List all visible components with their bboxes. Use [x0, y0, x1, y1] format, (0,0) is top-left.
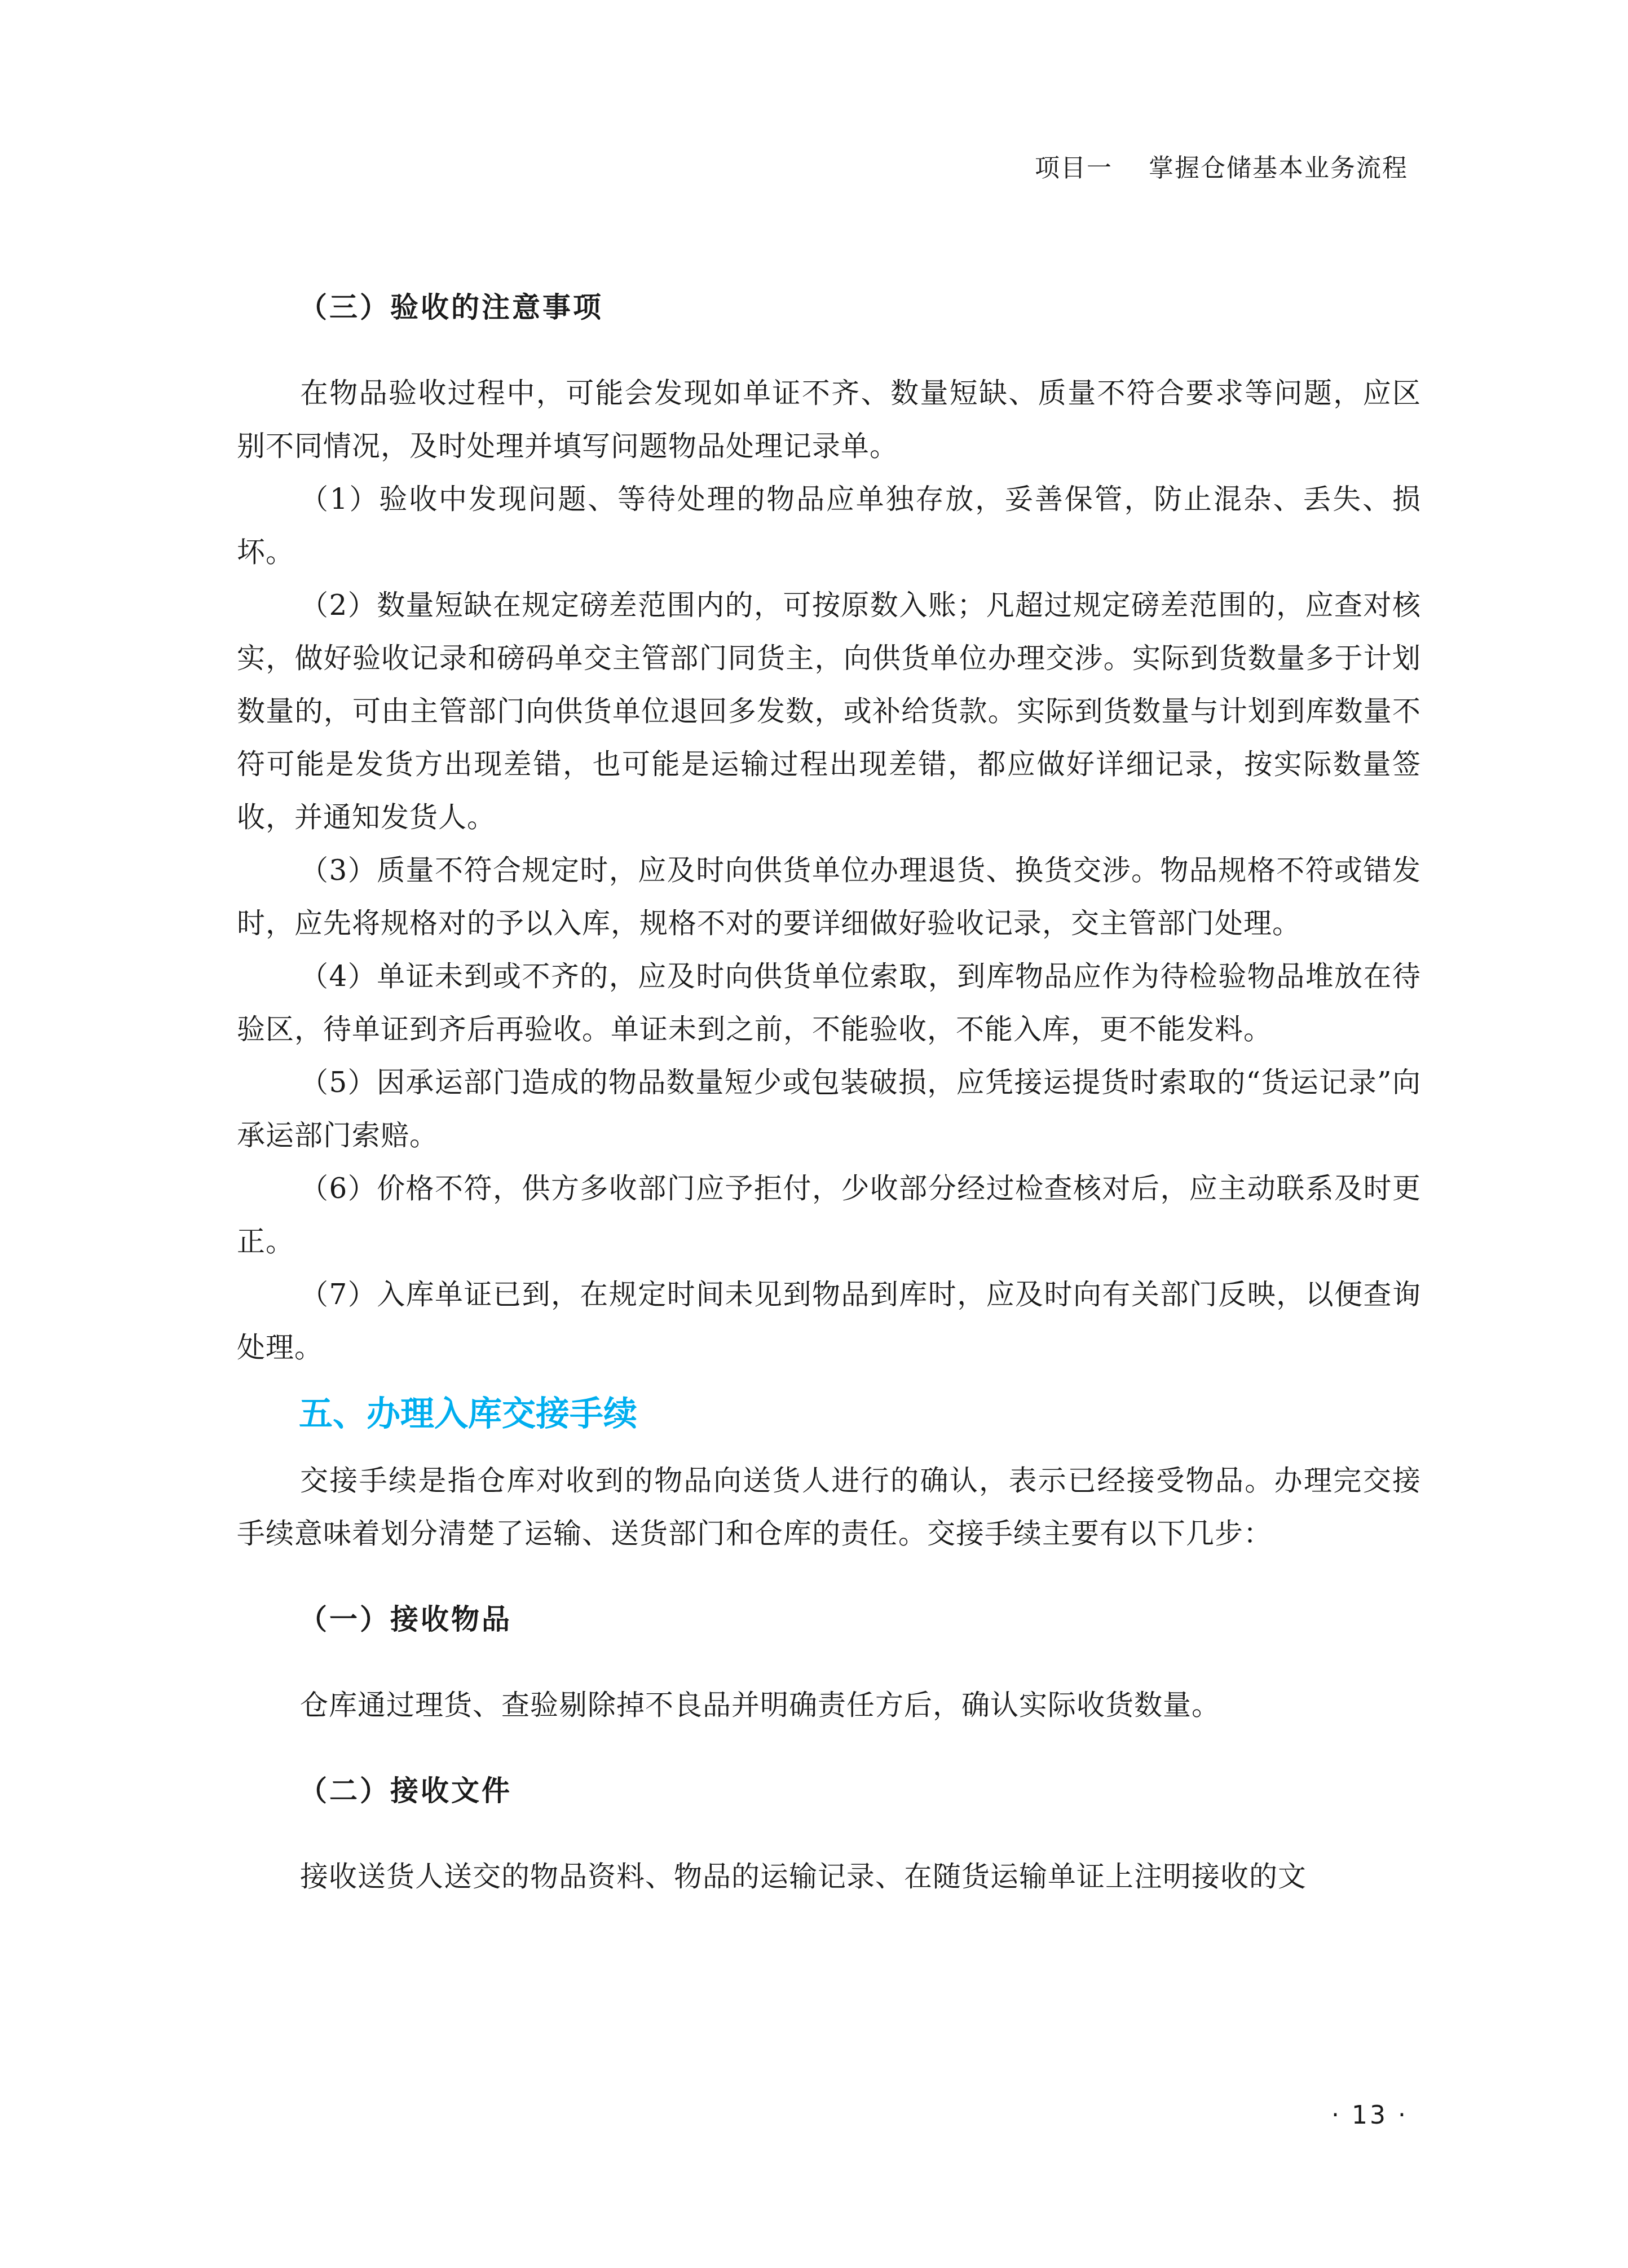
page-number: · 13 ·	[1331, 2101, 1408, 2130]
page-body: （三）验收的注意事项 在物品验收过程中，可能会发现如单证不齐、数量短缺、质量不符…	[237, 282, 1421, 1903]
spacer	[237, 1560, 1421, 1594]
spacer	[237, 1645, 1421, 1679]
paragraph-receive-documents: 接收送货人送交的物品资料、物品的运输记录、在随货运输单证上注明接收的文	[237, 1850, 1421, 1903]
spacer	[237, 1816, 1421, 1850]
subsection-heading-receive-documents: （二）接收文件	[237, 1765, 1421, 1816]
list-item-7: （7）入库单证已到，在规定时间未见到物品到库时，应及时向有关部门反映，以便查询处…	[237, 1268, 1421, 1374]
section-heading-handover: 五、办理入库交接手续	[237, 1377, 1421, 1451]
subsection-heading-receive-goods: （一）接收物品	[237, 1594, 1421, 1645]
list-item-3: （3）质量不符合规定时，应及时向供货单位办理退货、换货交涉。物品规格不符或错发时…	[237, 844, 1421, 950]
subsection-heading-acceptance-notes: （三）验收的注意事项	[237, 282, 1421, 333]
spacer	[237, 1732, 1421, 1765]
list-item-2: （2）数量短缺在规定磅差范围内的，可按原数入账；凡超过规定磅差范围的，应查对核实…	[237, 579, 1421, 844]
running-header: 项目一 掌握仓储基本业务流程	[1035, 148, 1408, 184]
paragraph-handover-intro: 交接手续是指仓库对收到的物品向送货人进行的确认，表示已经接受物品。办理完交接手续…	[237, 1454, 1421, 1560]
list-item-6: （6）价格不符，供方多收部门应予拒付，少收部分经过检查核对后，应主动联系及时更正…	[237, 1162, 1421, 1268]
paragraph-receive-goods: 仓库通过理货、查验剔除掉不良品并明确责任方后，确认实际收货数量。	[237, 1679, 1421, 1732]
list-item-1: （1）验收中发现问题、等待处理的物品应单独存放，妥善保管，防止混杂、丢失、损坏。	[237, 473, 1421, 579]
list-item-4: （4）单证未到或不齐的，应及时向供货单位索取，到库物品应作为待检验物品堆放在待验…	[237, 950, 1421, 1056]
spacer	[237, 333, 1421, 367]
paragraph-intro: 在物品验收过程中，可能会发现如单证不齐、数量短缺、质量不符合要求等问题，应区别不…	[237, 367, 1421, 473]
list-item-5: （5）因承运部门造成的物品数量短少或包装破损，应凭接运提货时索取的“货运记录”向…	[237, 1056, 1421, 1162]
